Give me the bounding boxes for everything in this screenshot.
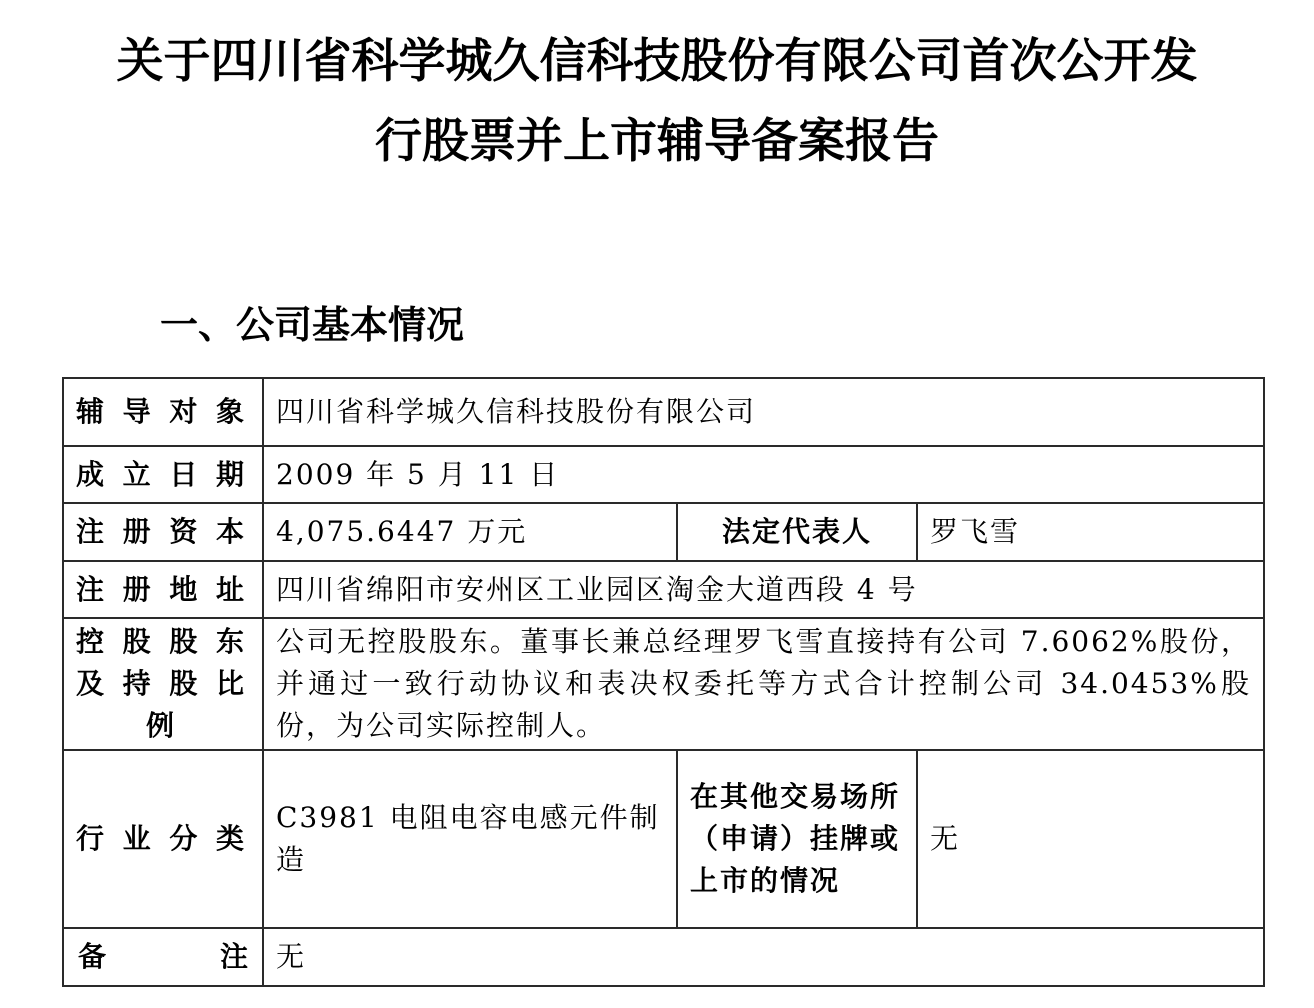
document-title-line-2: 行股票并上市辅导备案报告 (0, 112, 1314, 172)
value-registered-capital: 4,075.6447 万元 (263, 503, 677, 561)
document-title-line-1: 关于四川省科学城久信科技股份有限公司首次公开发 (0, 32, 1314, 92)
label-line: 及持股比 (76, 663, 250, 705)
table-row: 注册地址 四川省绵阳市安州区工业园区淘金大道西段 4 号 (63, 561, 1264, 618)
table-row: 辅导对象 四川省科学城久信科技股份有限公司 (63, 378, 1264, 446)
table-row: 注册资本 4,075.6447 万元 法定代表人 罗飞雪 (63, 503, 1264, 561)
table-row: 行业分类 C3981 电阻电容电感元件制造 在其他交易场所（申请）挂牌或上市的情… (63, 750, 1264, 928)
label-remarks-right: 注 (220, 936, 248, 978)
value-other-listing: 无 (917, 750, 1264, 928)
label-other-listing: 在其他交易场所（申请）挂牌或上市的情况 (677, 750, 917, 928)
value-counseling-target: 四川省科学城久信科技股份有限公司 (263, 378, 1264, 446)
table-row: 控股股东 及持股比 例 公司无控股股东。董事长兼总经理罗飞雪直接持有公司 7.6… (63, 618, 1264, 750)
label-counseling-target: 辅导对象 (63, 378, 263, 446)
value-industry-classification: C3981 电阻电容电感元件制造 (263, 750, 677, 928)
section-heading: 一、公司基本情况 (160, 300, 464, 350)
label-industry-classification: 行业分类 (63, 750, 263, 928)
value-controlling-shareholder: 公司无控股股东。董事长兼总经理罗飞雪直接持有公司 7.6062%股份，并通过一致… (263, 618, 1264, 750)
label-remarks: 备 注 (63, 928, 263, 986)
table-row: 备 注 无 (63, 928, 1264, 986)
label-legal-representative: 法定代表人 (677, 503, 917, 561)
label-registered-capital: 注册资本 (63, 503, 263, 561)
label-registered-address: 注册地址 (63, 561, 263, 618)
value-registered-address: 四川省绵阳市安州区工业园区淘金大道西段 4 号 (263, 561, 1264, 618)
label-remarks-left: 备 (78, 936, 106, 978)
label-controlling-shareholder: 控股股东 及持股比 例 (63, 618, 263, 750)
label-line: 控股股东 (76, 621, 250, 663)
label-line: 例 (76, 705, 250, 747)
value-legal-representative: 罗飞雪 (917, 503, 1264, 561)
value-remarks: 无 (263, 928, 1264, 986)
company-info-table: 辅导对象 四川省科学城久信科技股份有限公司 成立日期 2009 年 5 月 11… (62, 377, 1265, 987)
table-row: 成立日期 2009 年 5 月 11 日 (63, 446, 1264, 503)
value-established-date: 2009 年 5 月 11 日 (263, 446, 1264, 503)
label-established-date: 成立日期 (63, 446, 263, 503)
